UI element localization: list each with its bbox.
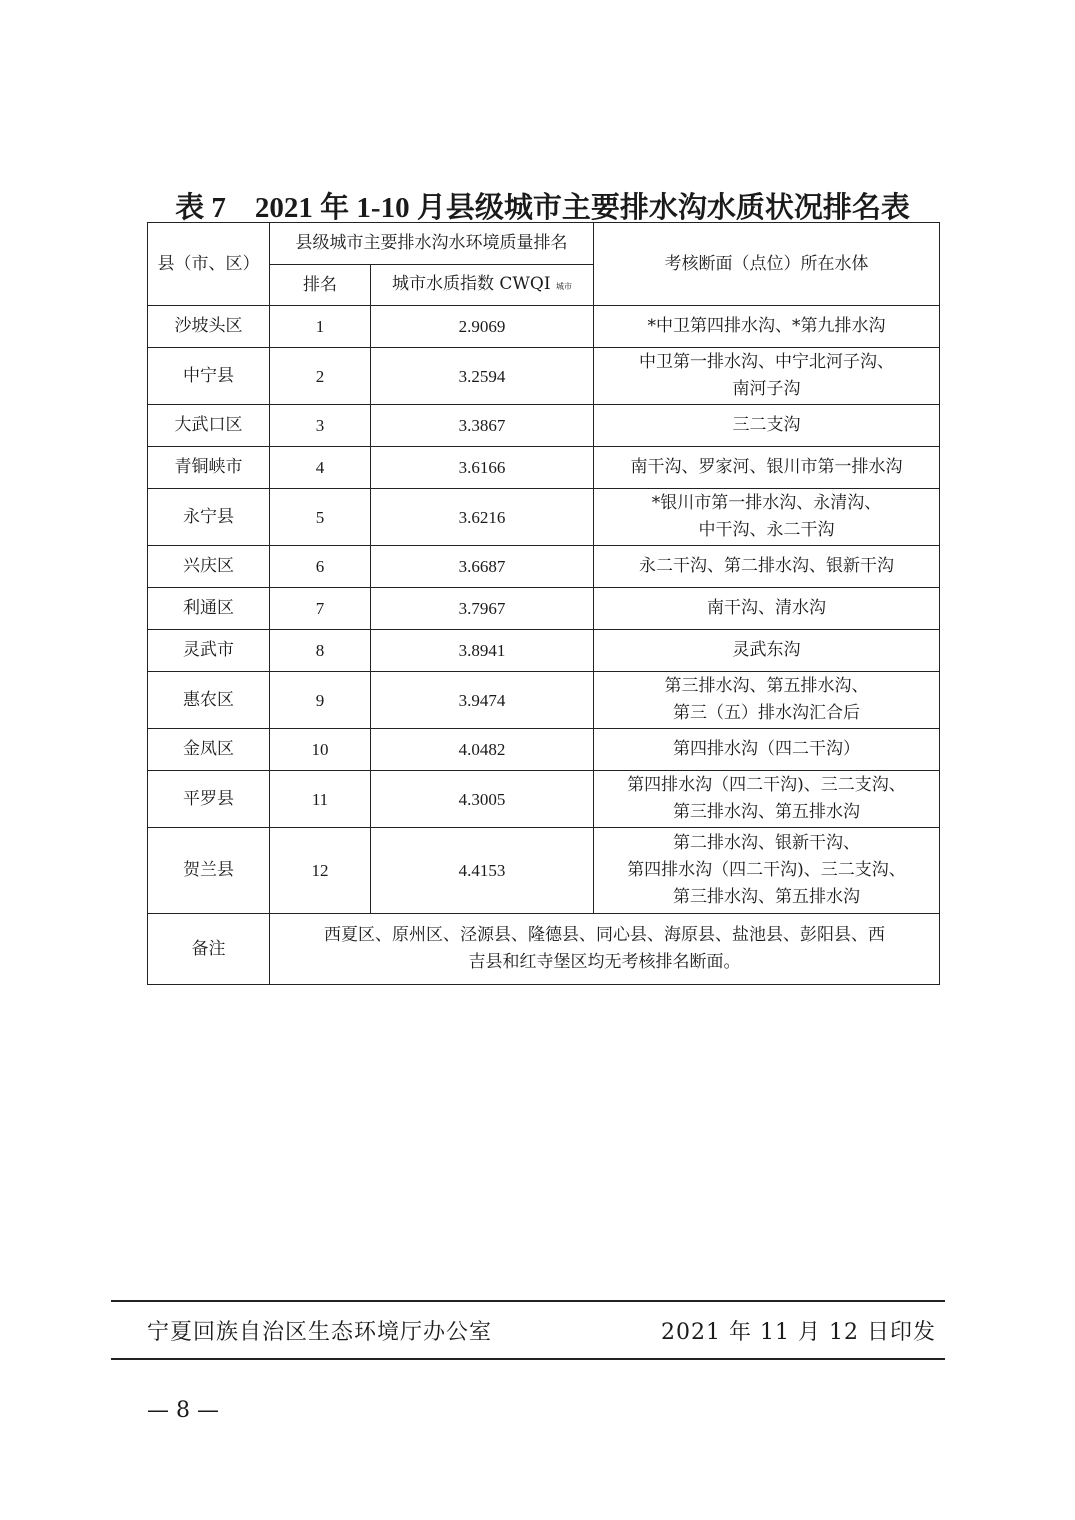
water-body-line: 第四排水沟（四二干沟)、三二支沟、 (598, 857, 935, 884)
cell-rank: 7 (270, 588, 371, 630)
cell-water-body: 永二干沟、第二排水沟、银新干沟 (594, 546, 940, 588)
header-group: 县级城市主要排水沟水环境质量排名 (270, 223, 594, 265)
remark-line: 西夏区、原州区、泾源县、隆德县、同心县、海原县、盐池县、彭阳县、西 (274, 922, 935, 949)
remark-line: 吉县和红寺堡区均无考核排名断面。 (274, 949, 935, 976)
cell-county: 平罗县 (148, 771, 270, 828)
cell-water-body: 第二排水沟、银新干沟、第四排水沟（四二干沟)、三二支沟、第三排水沟、第五排水沟 (594, 828, 940, 914)
cell-water-body: *银川市第一排水沟、永清沟、中干沟、永二干沟 (594, 489, 940, 546)
table-row: 贺兰县124.4153第二排水沟、银新干沟、第四排水沟（四二干沟)、三二支沟、第… (148, 828, 940, 914)
water-body-line: 南干沟、罗家河、银川市第一排水沟 (598, 454, 935, 481)
cell-county: 沙坡头区 (148, 306, 270, 348)
cell-water-body: 中卫第一排水沟、中宁北河子沟、南河子沟 (594, 348, 940, 405)
water-body-line: 灵武东沟 (598, 637, 935, 664)
table-row: 大武口区33.3867三二支沟 (148, 405, 940, 447)
water-body-line: *中卫第四排水沟、*第九排水沟 (598, 313, 935, 340)
water-body-line: 第三排水沟、第五排水沟、 (598, 673, 935, 700)
table-title: 表 7 2021 年 1-10 月县级城市主要排水沟水质状况排名表 (147, 185, 938, 226)
cell-rank: 5 (270, 489, 371, 546)
water-body-line: 南河子沟 (598, 376, 935, 403)
cell-county: 灵武市 (148, 630, 270, 672)
table-row: 灵武市83.8941灵武东沟 (148, 630, 940, 672)
header-rank: 排名 (270, 265, 371, 306)
table-row: 惠农区93.9474第三排水沟、第五排水沟、第三（五）排水沟汇合后 (148, 672, 940, 729)
header-cwqi-label: 城市水质指数 CWQI (392, 274, 551, 294)
cell-rank: 2 (270, 348, 371, 405)
remark-row: 备注西夏区、原州区、泾源县、隆德县、同心县、海原县、盐池县、彭阳县、西吉县和红寺… (148, 914, 940, 985)
cell-rank: 8 (270, 630, 371, 672)
water-body-line: 永二干沟、第二排水沟、银新干沟 (598, 553, 935, 580)
cell-water-body: 灵武东沟 (594, 630, 940, 672)
cell-rank: 3 (270, 405, 371, 447)
cell-cwqi: 3.6166 (371, 447, 594, 489)
footer-date: 2021 年 11 月 12 日印发 (661, 1315, 936, 1346)
table-row: 兴庆区63.6687永二干沟、第二排水沟、银新干沟 (148, 546, 940, 588)
header-county: 县（市、区） (148, 223, 270, 306)
footer-top-rule (111, 1300, 945, 1302)
cell-county: 永宁县 (148, 489, 270, 546)
cell-water-body: 第三排水沟、第五排水沟、第三（五）排水沟汇合后 (594, 672, 940, 729)
page-number: — 8 — (147, 1398, 219, 1423)
table-row: 沙坡头区12.9069*中卫第四排水沟、*第九排水沟 (148, 306, 940, 348)
table-row: 利通区73.7967南干沟、清水沟 (148, 588, 940, 630)
ranking-table: 县（市、区） 县级城市主要排水沟水环境质量排名 考核断面（点位）所在水体 排名 … (147, 222, 940, 985)
cell-county: 中宁县 (148, 348, 270, 405)
cell-county: 大武口区 (148, 405, 270, 447)
cell-county: 贺兰县 (148, 828, 270, 914)
cell-rank: 10 (270, 729, 371, 771)
cell-rank: 9 (270, 672, 371, 729)
cell-rank: 4 (270, 447, 371, 489)
cell-water-body: 南干沟、罗家河、银川市第一排水沟 (594, 447, 940, 489)
table-row: 青铜峡市43.6166南干沟、罗家河、银川市第一排水沟 (148, 447, 940, 489)
table-row: 永宁县53.6216*银川市第一排水沟、永清沟、中干沟、永二干沟 (148, 489, 940, 546)
cell-rank: 6 (270, 546, 371, 588)
cell-rank: 11 (270, 771, 371, 828)
cell-rank: 12 (270, 828, 371, 914)
cell-cwqi: 3.7967 (371, 588, 594, 630)
table-row: 中宁县23.2594中卫第一排水沟、中宁北河子沟、南河子沟 (148, 348, 940, 405)
cell-water-body: 第四排水沟（四二干沟） (594, 729, 940, 771)
cell-county: 金凤区 (148, 729, 270, 771)
water-body-line: 第四排水沟（四二干沟)、三二支沟、 (598, 772, 935, 799)
water-body-line: 第三排水沟、第五排水沟 (598, 884, 935, 911)
cell-cwqi: 4.0482 (371, 729, 594, 771)
table-row: 金凤区104.0482第四排水沟（四二干沟） (148, 729, 940, 771)
cell-cwqi: 3.6687 (371, 546, 594, 588)
cell-cwqi: 3.2594 (371, 348, 594, 405)
header-water-body: 考核断面（点位）所在水体 (594, 223, 940, 306)
cell-cwqi: 3.8941 (371, 630, 594, 672)
water-body-line: 中干沟、永二干沟 (598, 517, 935, 544)
remark-label: 备注 (148, 914, 270, 985)
cell-water-body: 三二支沟 (594, 405, 940, 447)
water-body-line: 第四排水沟（四二干沟） (598, 736, 935, 763)
cell-cwqi: 4.4153 (371, 828, 594, 914)
water-body-line: 中卫第一排水沟、中宁北河子沟、 (598, 349, 935, 376)
water-body-line: 南干沟、清水沟 (598, 595, 935, 622)
footer-organization: 宁夏回族自治区生态环境厅办公室 (147, 1315, 492, 1346)
cell-cwqi: 3.3867 (371, 405, 594, 447)
cell-cwqi: 2.9069 (371, 306, 594, 348)
cell-county: 青铜峡市 (148, 447, 270, 489)
cell-water-body: 第四排水沟（四二干沟)、三二支沟、第三排水沟、第五排水沟 (594, 771, 940, 828)
cell-cwqi: 3.9474 (371, 672, 594, 729)
cell-rank: 1 (270, 306, 371, 348)
footer-bottom-rule (111, 1358, 945, 1360)
cell-water-body: 南干沟、清水沟 (594, 588, 940, 630)
remark-text: 西夏区、原州区、泾源县、隆德县、同心县、海原县、盐池县、彭阳县、西吉县和红寺堡区… (270, 914, 940, 985)
water-body-line: 三二支沟 (598, 412, 935, 439)
header-cwqi-subscript: 城市 (556, 282, 572, 291)
cell-county: 兴庆区 (148, 546, 270, 588)
header-cwqi: 城市水质指数 CWQI 城市 (371, 265, 594, 306)
water-body-line: 第三排水沟、第五排水沟 (598, 799, 935, 826)
cell-county: 利通区 (148, 588, 270, 630)
cell-cwqi: 4.3005 (371, 771, 594, 828)
cell-water-body: *中卫第四排水沟、*第九排水沟 (594, 306, 940, 348)
cell-county: 惠农区 (148, 672, 270, 729)
table-row: 平罗县114.3005第四排水沟（四二干沟)、三二支沟、第三排水沟、第五排水沟 (148, 771, 940, 828)
cell-cwqi: 3.6216 (371, 489, 594, 546)
water-body-line: *银川市第一排水沟、永清沟、 (598, 490, 935, 517)
water-body-line: 第三（五）排水沟汇合后 (598, 700, 935, 727)
water-body-line: 第二排水沟、银新干沟、 (598, 830, 935, 857)
